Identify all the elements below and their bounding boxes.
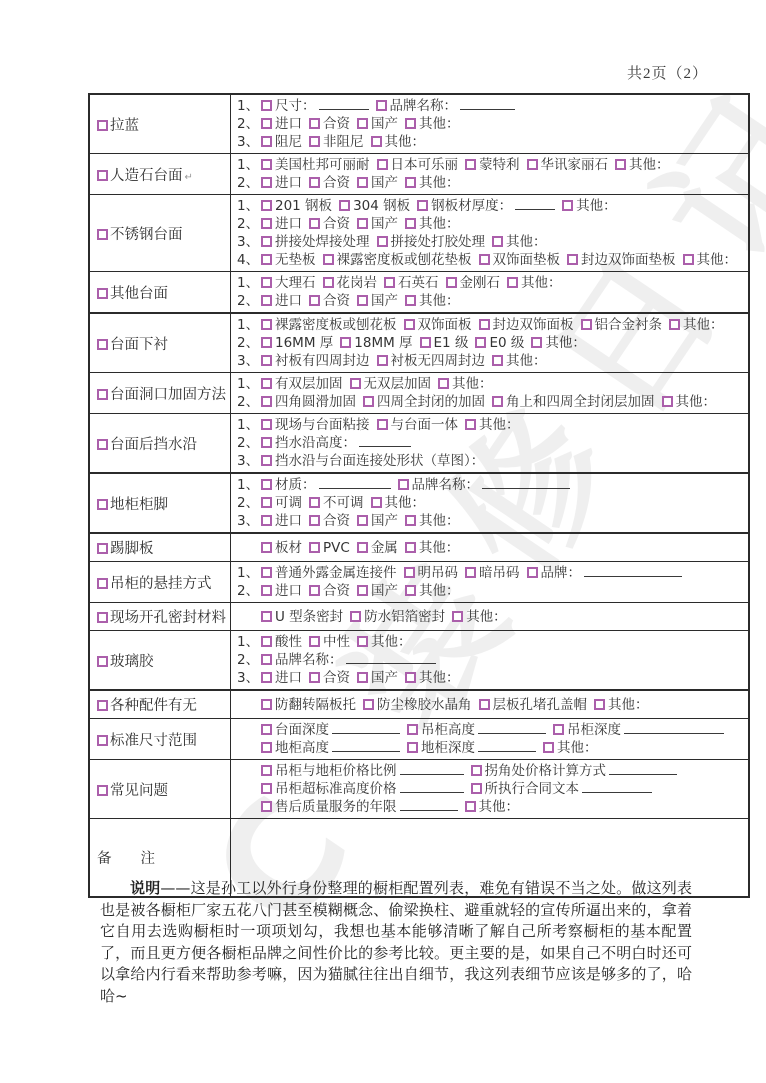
checkbox-icon[interactable] bbox=[405, 585, 416, 596]
checkbox-icon[interactable] bbox=[465, 567, 476, 578]
checkbox-option[interactable]: 进口 bbox=[261, 175, 302, 191]
checkbox-icon[interactable] bbox=[261, 254, 272, 265]
checkbox-option[interactable]: 其他： bbox=[405, 513, 460, 529]
checkbox-option[interactable]: 其他： bbox=[452, 609, 507, 625]
checkbox-option[interactable]: 品牌： bbox=[527, 565, 683, 581]
checkbox-option[interactable]: 其他： bbox=[405, 216, 460, 232]
option-line: 吊柜与地柜价格比例拐角处价格计算方式 bbox=[237, 762, 744, 780]
checkbox-icon[interactable] bbox=[465, 159, 476, 170]
option-label: 合资 bbox=[323, 216, 350, 232]
checkbox-option[interactable]: U 型条密封 bbox=[261, 609, 343, 625]
blank-underline[interactable] bbox=[515, 199, 555, 210]
checkbox-icon[interactable] bbox=[97, 120, 108, 131]
checkbox-icon[interactable] bbox=[405, 118, 416, 129]
checkbox-option[interactable]: 拼接处焊接处理 bbox=[261, 234, 370, 250]
blank-underline[interactable] bbox=[478, 723, 546, 734]
table-row: 吊柜的悬挂方式1、普通外露金属连接件明吊码暗吊码品牌：2、进口合资国产其他： bbox=[89, 562, 749, 603]
checkbox-icon[interactable] bbox=[669, 319, 680, 330]
checkbox-icon[interactable] bbox=[261, 218, 272, 229]
checkbox-option[interactable]: 其他： bbox=[543, 740, 598, 756]
checkbox-icon[interactable] bbox=[97, 499, 108, 510]
checkbox-option[interactable]: 其他： bbox=[405, 540, 460, 556]
checkbox-option[interactable]: 地柜深度 bbox=[407, 740, 536, 756]
checkbox-option[interactable]: 封边双饰面垫板 bbox=[567, 252, 676, 268]
checkbox-icon[interactable] bbox=[594, 699, 605, 710]
checkbox-option[interactable]: 其他： bbox=[405, 116, 460, 132]
checkbox-option[interactable]: 美国杜邦可丽耐 bbox=[261, 157, 370, 173]
checkbox-option[interactable]: E1 级 bbox=[420, 335, 469, 351]
checkbox-icon[interactable] bbox=[261, 542, 272, 553]
checkbox-icon[interactable] bbox=[357, 118, 368, 129]
checkbox-icon[interactable] bbox=[465, 801, 476, 812]
blank-underline[interactable] bbox=[400, 782, 464, 793]
checkbox-icon[interactable] bbox=[340, 337, 351, 348]
checkbox-icon[interactable] bbox=[261, 742, 272, 753]
row-label: 现场开孔密封材料 bbox=[110, 610, 226, 626]
checkbox-option[interactable]: 其他： bbox=[492, 234, 547, 250]
checkbox-icon[interactable] bbox=[261, 319, 272, 330]
checkbox-icon[interactable] bbox=[371, 136, 382, 147]
option-label: 国产 bbox=[371, 175, 398, 191]
checkbox-icon[interactable] bbox=[683, 254, 694, 265]
checkbox-icon[interactable] bbox=[567, 254, 578, 265]
checkbox-option[interactable]: 16MM 厚 bbox=[261, 335, 333, 351]
checkbox-icon[interactable] bbox=[261, 654, 272, 665]
checkbox-option[interactable]: 国产 bbox=[357, 583, 398, 599]
checkbox-icon[interactable] bbox=[377, 355, 388, 366]
checkbox-icon[interactable] bbox=[377, 419, 388, 430]
checkbox-option[interactable]: 进口 bbox=[261, 583, 302, 599]
checkbox-icon[interactable] bbox=[261, 801, 272, 812]
checkbox-icon[interactable] bbox=[507, 277, 518, 288]
checkbox-option[interactable]: 进口 bbox=[261, 216, 302, 232]
checkbox-icon[interactable] bbox=[405, 295, 416, 306]
row-label-cell: 常见问题 bbox=[89, 760, 231, 819]
checkbox-option[interactable]: 其他： bbox=[594, 697, 649, 713]
checkbox-icon[interactable] bbox=[261, 636, 272, 647]
checkbox-icon[interactable] bbox=[261, 479, 272, 490]
option-label: 材质： bbox=[275, 477, 316, 493]
checkbox-option[interactable]: 国产 bbox=[357, 175, 398, 191]
blank-underline[interactable] bbox=[346, 653, 436, 664]
checkbox-icon[interactable] bbox=[261, 724, 272, 735]
checkbox-icon[interactable] bbox=[309, 136, 320, 147]
checkbox-option[interactable]: 挡水沿高度： bbox=[261, 435, 411, 451]
checkbox-icon[interactable] bbox=[492, 236, 503, 247]
checkbox-option[interactable]: 蒙特利 bbox=[465, 157, 520, 173]
checkbox-option[interactable]: 双饰面板 bbox=[404, 317, 472, 333]
checkbox-option[interactable]: 吊柜与地柜价格比例 bbox=[261, 763, 464, 779]
checkbox-icon[interactable] bbox=[261, 136, 272, 147]
checkbox-option[interactable]: 国产 bbox=[357, 116, 398, 132]
checkbox-icon[interactable] bbox=[350, 611, 361, 622]
checkbox-option[interactable]: 日本可乐丽 bbox=[377, 157, 459, 173]
checkbox-option[interactable]: 合资 bbox=[309, 293, 350, 309]
checkbox-option[interactable]: 售后质量服务的年限 bbox=[261, 799, 458, 815]
checkbox-icon[interactable] bbox=[357, 218, 368, 229]
checkbox-icon[interactable] bbox=[309, 118, 320, 129]
checkbox-icon[interactable] bbox=[527, 567, 538, 578]
checkbox-icon[interactable] bbox=[339, 200, 350, 211]
checkbox-icon[interactable] bbox=[261, 585, 272, 596]
checkbox-option[interactable]: 衬板无四周封边 bbox=[377, 353, 486, 369]
checkbox-option[interactable]: 不可调 bbox=[309, 495, 364, 511]
option-label: PVC bbox=[323, 540, 350, 556]
checkbox-option[interactable]: 其他： bbox=[405, 175, 460, 191]
checkbox-icon[interactable] bbox=[562, 200, 573, 211]
table-row: 标准尺寸范围台面深度吊柜高度吊柜深度地柜高度地柜深度其他： bbox=[89, 719, 749, 760]
checkbox-icon[interactable] bbox=[357, 636, 368, 647]
checkbox-icon[interactable] bbox=[357, 515, 368, 526]
checkbox-icon[interactable] bbox=[97, 389, 108, 400]
checkbox-icon[interactable] bbox=[384, 277, 395, 288]
blank-underline[interactable] bbox=[624, 723, 724, 734]
checkbox-icon[interactable] bbox=[261, 200, 272, 211]
checkbox-icon[interactable] bbox=[323, 254, 334, 265]
checkbox-option[interactable]: 进口 bbox=[261, 670, 302, 686]
checkbox-option[interactable]: 拐角处价格计算方式 bbox=[471, 763, 678, 779]
option-label: 可调 bbox=[275, 495, 302, 511]
checkbox-icon[interactable] bbox=[371, 497, 382, 508]
checkbox-option[interactable]: 防翻转隔板托 bbox=[261, 697, 356, 713]
checkbox-option[interactable]: 无双层加固 bbox=[350, 376, 432, 392]
checkbox-option[interactable]: 其他： bbox=[371, 134, 426, 150]
checkbox-icon[interactable] bbox=[309, 497, 320, 508]
checkbox-icon[interactable] bbox=[420, 337, 431, 348]
checkbox-icon[interactable] bbox=[376, 100, 387, 111]
checkbox-option[interactable]: 可调 bbox=[261, 495, 302, 511]
checkbox-option[interactable]: 304 钢板 bbox=[339, 198, 410, 214]
option-label: 售后质量服务的年限 bbox=[275, 799, 397, 815]
blank-underline[interactable] bbox=[359, 436, 411, 447]
checkbox-icon[interactable] bbox=[309, 218, 320, 229]
checkbox-option[interactable]: 201 钢板 bbox=[261, 198, 332, 214]
checkbox-option[interactable]: 其他： bbox=[371, 495, 426, 511]
checkbox-icon[interactable] bbox=[404, 319, 415, 330]
checkbox-icon[interactable] bbox=[479, 254, 490, 265]
checkbox-option[interactable]: 合资 bbox=[309, 670, 350, 686]
checkbox-icon[interactable] bbox=[261, 396, 272, 407]
blank-underline[interactable] bbox=[319, 99, 369, 110]
checkbox-option[interactable]: 衬板有四周封边 bbox=[261, 353, 370, 369]
checkbox-option[interactable]: PVC bbox=[309, 540, 350, 556]
checkbox-option[interactable]: 合资 bbox=[309, 175, 350, 191]
checkbox-icon[interactable] bbox=[492, 355, 503, 366]
table-row: 踢脚板板材PVC金属其他： bbox=[89, 533, 749, 562]
checkbox-option[interactable]: 现场与台面粘接 bbox=[261, 417, 370, 433]
checkbox-option[interactable]: 普通外露金属连接件 bbox=[261, 565, 397, 581]
checkbox-option[interactable]: 层板孔堵孔盖帽 bbox=[479, 697, 588, 713]
checkbox-option[interactable]: 品牌名称： bbox=[398, 477, 571, 493]
checkbox-option[interactable]: 合资 bbox=[309, 216, 350, 232]
blank-underline[interactable] bbox=[478, 741, 536, 752]
checkbox-icon[interactable] bbox=[309, 542, 320, 553]
checkbox-option[interactable]: 防尘橡胶水晶角 bbox=[363, 697, 472, 713]
checkbox-icon[interactable] bbox=[407, 724, 418, 735]
checkbox-option[interactable]: 其他： bbox=[615, 157, 670, 173]
checkbox-option[interactable]: 阻尼 bbox=[261, 134, 302, 150]
checkbox-icon[interactable] bbox=[261, 236, 272, 247]
checkbox-icon[interactable] bbox=[446, 277, 457, 288]
checkbox-option[interactable]: E0 级 bbox=[475, 335, 524, 351]
blank-underline[interactable] bbox=[332, 741, 400, 752]
checkbox-icon[interactable] bbox=[309, 672, 320, 683]
checkbox-icon[interactable] bbox=[407, 742, 418, 753]
checkbox-icon[interactable] bbox=[377, 159, 388, 170]
checkbox-icon[interactable] bbox=[97, 339, 108, 350]
checkbox-icon[interactable] bbox=[261, 159, 272, 170]
checkbox-option[interactable]: 其他： bbox=[405, 670, 460, 686]
checkbox-icon[interactable] bbox=[97, 578, 108, 589]
checkbox-icon[interactable] bbox=[479, 319, 490, 330]
checkbox-option[interactable]: 大理石 bbox=[261, 275, 316, 291]
checkbox-option[interactable]: 吊柜高度 bbox=[407, 722, 546, 738]
checkbox-icon[interactable] bbox=[261, 765, 272, 776]
line-number: 1、 bbox=[237, 316, 261, 334]
row-label: 备 注 bbox=[97, 851, 155, 867]
checkbox-icon[interactable] bbox=[662, 396, 673, 407]
checkbox-option[interactable]: 其他： bbox=[405, 583, 460, 599]
option-label: 进口 bbox=[275, 513, 302, 529]
checkbox-option[interactable]: 其他： bbox=[438, 376, 493, 392]
option-label: 封边双饰面垫板 bbox=[581, 252, 676, 268]
checkbox-icon[interactable] bbox=[615, 159, 626, 170]
checkbox-option[interactable]: 其他： bbox=[683, 252, 738, 268]
option-label: 防尘橡胶水晶角 bbox=[377, 697, 472, 713]
checkbox-option[interactable]: 国产 bbox=[357, 216, 398, 232]
option-label: 其他： bbox=[419, 175, 460, 191]
checkbox-option[interactable]: 品牌名称： bbox=[261, 652, 436, 668]
checkbox-option[interactable]: 其他： bbox=[465, 417, 520, 433]
checkbox-icon[interactable] bbox=[377, 236, 388, 247]
checkbox-icon[interactable] bbox=[261, 437, 272, 448]
checkbox-option[interactable]: 吊柜深度 bbox=[553, 722, 724, 738]
checkbox-icon[interactable] bbox=[97, 170, 108, 181]
table-row: 拉蓝1、尺寸：品牌名称：2、进口合资国产其他：3、阻尼非阻尼其他： bbox=[89, 94, 749, 154]
checkbox-option[interactable]: 裸露密度板或刨花垫板 bbox=[323, 252, 472, 268]
checkbox-option[interactable]: 挡水沿与台面连接处形状（草图）： bbox=[261, 453, 484, 469]
checkbox-icon[interactable] bbox=[452, 611, 463, 622]
checkbox-option[interactable]: 18MM 厚 bbox=[340, 335, 412, 351]
checkbox-option[interactable]: 台面深度 bbox=[261, 722, 400, 738]
option-label: 进口 bbox=[275, 293, 302, 309]
checkbox-icon[interactable] bbox=[417, 200, 428, 211]
option-line: 2、16MM 厚18MM 厚E1 级E0 级其他： bbox=[237, 334, 744, 352]
checkbox-option[interactable]: 地柜高度 bbox=[261, 740, 400, 756]
checkbox-icon[interactable] bbox=[97, 612, 108, 623]
checkbox-option[interactable]: 非阻尼 bbox=[309, 134, 364, 150]
checkbox-option[interactable]: 防水铝箔密封 bbox=[350, 609, 445, 625]
checkbox-icon[interactable] bbox=[527, 159, 538, 170]
checkbox-option[interactable]: 与台面一体 bbox=[377, 417, 459, 433]
checkbox-icon[interactable] bbox=[261, 611, 272, 622]
checkbox-icon[interactable] bbox=[465, 419, 476, 430]
checkbox-icon[interactable] bbox=[97, 439, 108, 450]
checkbox-option[interactable]: 吊柜超标准高度价格 bbox=[261, 781, 464, 797]
checkbox-icon[interactable] bbox=[405, 542, 416, 553]
checkbox-option[interactable]: 合资 bbox=[309, 583, 350, 599]
blank-underline[interactable] bbox=[460, 99, 515, 110]
checkbox-icon[interactable] bbox=[97, 700, 108, 711]
checkbox-option[interactable]: 国产 bbox=[357, 670, 398, 686]
checkbox-option[interactable]: 中性 bbox=[309, 634, 350, 650]
checkbox-icon[interactable] bbox=[543, 742, 554, 753]
checkbox-icon[interactable] bbox=[405, 672, 416, 683]
checkbox-option[interactable]: 暗吊码 bbox=[465, 565, 520, 581]
option-label: 尺寸： bbox=[275, 98, 316, 114]
checkbox-option[interactable]: 金刚石 bbox=[446, 275, 501, 291]
checkbox-icon[interactable] bbox=[309, 585, 320, 596]
checkbox-option[interactable]: 明吊码 bbox=[404, 565, 459, 581]
checkbox-option[interactable]: 进口 bbox=[261, 116, 302, 132]
checkbox-icon[interactable] bbox=[261, 295, 272, 306]
checkbox-option[interactable]: 封边双饰面板 bbox=[479, 317, 574, 333]
blank-underline[interactable] bbox=[482, 478, 570, 489]
checkbox-icon[interactable] bbox=[471, 783, 482, 794]
table-row: 台面洞口加固方法1、有双层加固无双层加固其他：2、四角圆滑加固四周全封闭的加固角… bbox=[89, 373, 749, 414]
checkbox-icon[interactable] bbox=[261, 337, 272, 348]
row-label-cell: 吊柜的悬挂方式 bbox=[89, 562, 231, 603]
checkbox-option[interactable]: 其他： bbox=[357, 634, 412, 650]
checkbox-option[interactable]: 板材 bbox=[261, 540, 302, 556]
checkbox-option[interactable]: 钢板材厚度： bbox=[417, 198, 555, 214]
checkbox-icon[interactable] bbox=[363, 396, 374, 407]
checkbox-option[interactable]: 合资 bbox=[309, 513, 350, 529]
checkbox-option[interactable]: 有双层加固 bbox=[261, 376, 343, 392]
checkbox-icon[interactable] bbox=[97, 785, 108, 796]
checkbox-icon[interactable] bbox=[405, 177, 416, 188]
checkbox-icon[interactable] bbox=[261, 455, 272, 466]
checkbox-option[interactable]: 裸露密度板或刨花板 bbox=[261, 317, 397, 333]
checkbox-icon[interactable] bbox=[357, 542, 368, 553]
checkbox-option[interactable]: 酸性 bbox=[261, 634, 302, 650]
checkbox-icon[interactable] bbox=[261, 672, 272, 683]
checkbox-icon[interactable] bbox=[438, 378, 449, 389]
checkbox-icon[interactable] bbox=[553, 724, 564, 735]
checkbox-icon[interactable] bbox=[261, 783, 272, 794]
option-label: E0 级 bbox=[489, 335, 524, 351]
checkbox-icon[interactable] bbox=[309, 177, 320, 188]
checkbox-option[interactable]: 拼接处打胶处理 bbox=[377, 234, 486, 250]
checkbox-icon[interactable] bbox=[97, 543, 108, 554]
checkbox-icon[interactable] bbox=[309, 295, 320, 306]
blank-underline[interactable] bbox=[400, 800, 458, 811]
checkbox-icon[interactable] bbox=[363, 699, 374, 710]
row-content-cell: 1、美国杜邦可丽耐日本可乐丽蒙特利华讯家丽石其他：2、进口合资国产其他： bbox=[231, 154, 750, 195]
checkbox-icon[interactable] bbox=[261, 378, 272, 389]
checkbox-icon[interactable] bbox=[261, 118, 272, 129]
option-label: 酸性 bbox=[275, 634, 302, 650]
option-label: 所执行合同文本 bbox=[485, 781, 580, 797]
checkbox-icon[interactable] bbox=[492, 396, 503, 407]
checkbox-option[interactable]: 其他： bbox=[662, 394, 717, 410]
checkbox-option[interactable]: 花岗岩 bbox=[323, 275, 378, 291]
checkbox-icon[interactable] bbox=[357, 585, 368, 596]
checkbox-icon[interactable] bbox=[471, 765, 482, 776]
checkbox-icon[interactable] bbox=[261, 355, 272, 366]
checkbox-option[interactable]: 材质： bbox=[261, 477, 391, 493]
checkbox-icon[interactable] bbox=[309, 636, 320, 647]
checkbox-option[interactable]: 双饰面垫板 bbox=[479, 252, 561, 268]
checkbox-icon[interactable] bbox=[261, 497, 272, 508]
table-row: 玻璃胶1、酸性中性其他：2、品牌名称：3、进口合资国产其他： bbox=[89, 631, 749, 691]
checkbox-option[interactable]: 其他： bbox=[492, 353, 547, 369]
table-row: 各种配件有无防翻转隔板托防尘橡胶水晶角层板孔堵孔盖帽其他： bbox=[89, 690, 749, 719]
checkbox-icon[interactable] bbox=[357, 177, 368, 188]
checkbox-icon[interactable] bbox=[350, 378, 361, 389]
checkbox-icon[interactable] bbox=[475, 337, 486, 348]
checkbox-icon[interactable] bbox=[404, 567, 415, 578]
checkbox-option[interactable]: 品牌名称： bbox=[376, 98, 516, 114]
checkbox-option[interactable]: 四角圆滑加固 bbox=[261, 394, 356, 410]
checkbox-option[interactable]: 其他： bbox=[405, 293, 460, 309]
checkbox-option[interactable]: 进口 bbox=[261, 293, 302, 309]
option-label: 吊柜超标准高度价格 bbox=[275, 781, 397, 797]
checkbox-icon[interactable] bbox=[261, 699, 272, 710]
option-label: 其他： bbox=[371, 634, 412, 650]
checkbox-option[interactable]: 尺寸： bbox=[261, 98, 369, 114]
checkbox-option[interactable]: 国产 bbox=[357, 513, 398, 529]
checkbox-option[interactable]: 国产 bbox=[357, 293, 398, 309]
checkbox-icon[interactable] bbox=[261, 177, 272, 188]
checkbox-icon[interactable] bbox=[309, 515, 320, 526]
checkbox-option[interactable]: 进口 bbox=[261, 513, 302, 529]
checkbox-option[interactable]: 其他： bbox=[507, 275, 562, 291]
checkbox-option[interactable]: 四周全封闭的加固 bbox=[363, 394, 485, 410]
blank-underline[interactable] bbox=[400, 764, 464, 775]
blank-underline[interactable] bbox=[319, 478, 391, 489]
checkbox-icon[interactable] bbox=[479, 699, 490, 710]
checkbox-option[interactable]: 其他： bbox=[669, 317, 724, 333]
checkbox-option[interactable]: 其他： bbox=[562, 198, 617, 214]
blank-underline[interactable] bbox=[332, 723, 400, 734]
checkbox-option[interactable]: 华讯家丽石 bbox=[527, 157, 609, 173]
checkbox-option[interactable]: 角上和四周全封闭层加固 bbox=[492, 394, 655, 410]
checkbox-icon[interactable] bbox=[405, 515, 416, 526]
checkbox-option[interactable]: 铝合金衬条 bbox=[581, 317, 663, 333]
checkbox-icon[interactable] bbox=[261, 515, 272, 526]
checkbox-icon[interactable] bbox=[261, 419, 272, 430]
checkbox-option[interactable]: 无垫板 bbox=[261, 252, 316, 268]
checkbox-option[interactable]: 石英石 bbox=[384, 275, 439, 291]
checkbox-icon[interactable] bbox=[398, 479, 409, 490]
row-label-cell: 各种配件有无 bbox=[89, 690, 231, 719]
row-label-cell: 现场开孔密封材料 bbox=[89, 603, 231, 631]
checkbox-icon[interactable] bbox=[405, 218, 416, 229]
option-label: 其他： bbox=[683, 317, 724, 333]
checkbox-icon[interactable] bbox=[97, 656, 108, 667]
blank-underline[interactable] bbox=[584, 566, 682, 577]
checkbox-icon[interactable] bbox=[581, 319, 592, 330]
checkbox-icon[interactable] bbox=[97, 735, 108, 746]
checkbox-icon[interactable] bbox=[261, 277, 272, 288]
checkbox-icon[interactable] bbox=[97, 229, 108, 240]
checkbox-option[interactable]: 金属 bbox=[357, 540, 398, 556]
checkbox-option[interactable]: 其他： bbox=[465, 799, 520, 815]
checkbox-option[interactable]: 其他： bbox=[531, 335, 586, 351]
checkbox-icon[interactable] bbox=[261, 567, 272, 578]
checkbox-icon[interactable] bbox=[261, 100, 272, 111]
checkbox-icon[interactable] bbox=[97, 288, 108, 299]
checkbox-option[interactable]: 所执行合同文本 bbox=[471, 781, 653, 797]
blank-underline[interactable] bbox=[609, 764, 677, 775]
blank-underline[interactable] bbox=[582, 782, 652, 793]
checkbox-icon[interactable] bbox=[357, 672, 368, 683]
checkbox-option[interactable]: 合资 bbox=[309, 116, 350, 132]
checkbox-icon[interactable] bbox=[323, 277, 334, 288]
checkbox-icon[interactable] bbox=[357, 295, 368, 306]
checkbox-icon[interactable] bbox=[531, 337, 542, 348]
